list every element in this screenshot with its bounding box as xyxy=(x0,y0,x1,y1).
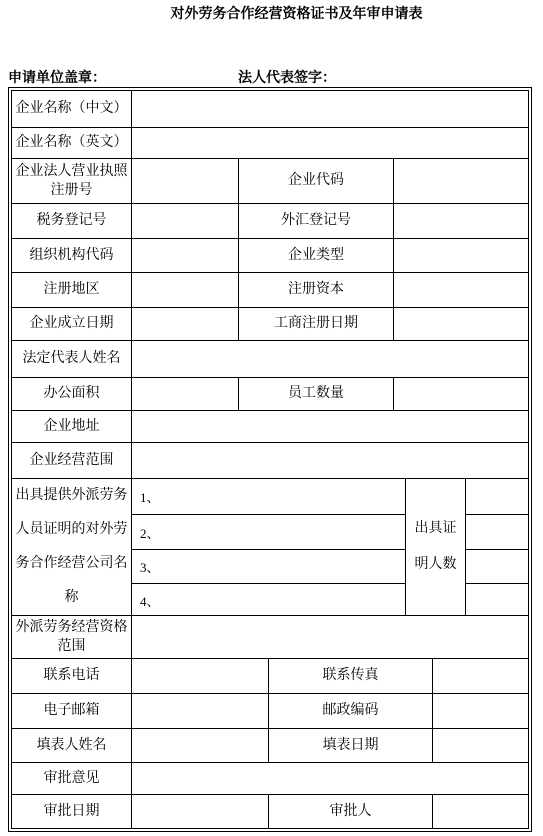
contact-phone-field[interactable] xyxy=(131,659,268,693)
form-filler-name-label: 填表人姓名 xyxy=(12,729,131,762)
forex-registration-no-label: 外汇登记号 xyxy=(238,204,393,238)
application-form-table: 企业名称（中文） 企业名称（英文） 企业法人营业执照注册号 企业代码 税务登记号… xyxy=(11,90,529,829)
certified-company-row-2[interactable]: 2、 xyxy=(132,514,405,549)
business-license-no-label-cell: 企业法人营业执照注册号 xyxy=(12,159,131,203)
row-legal-rep-name: 法定代表人姓名 xyxy=(12,340,528,377)
employee-count-field[interactable] xyxy=(393,378,528,410)
company-name-cn-field[interactable] xyxy=(131,91,528,127)
row-office-employees: 办公面积 员工数量 xyxy=(12,377,528,410)
company-name-en-field[interactable] xyxy=(131,128,528,158)
business-registration-date-label: 工商注册日期 xyxy=(238,308,393,340)
row-orgcode-type: 组织机构代码 企业类型 xyxy=(12,238,528,272)
certified-company-row-4[interactable]: 4、 xyxy=(132,583,405,616)
certificate-count-list xyxy=(465,479,528,615)
row-email-postal: 电子邮箱 邮政编码 xyxy=(12,693,528,728)
certified-company-1-prefix: 1、 xyxy=(140,487,160,506)
certified-company-2-prefix: 2、 xyxy=(140,523,160,542)
approver-field[interactable] xyxy=(432,795,528,828)
certifying-companies-label: 出具提供外派劳务人员证明的对外劳务合作经营公司名称 xyxy=(14,479,129,615)
form-page: 对外劳务合作经营资格证书及年审申请表 申请单位盖章： 法人代表签字： 企业名称（… xyxy=(0,0,543,836)
row-approval-opinion: 审批意见 xyxy=(12,762,528,794)
row-company-address: 企业地址 xyxy=(12,410,528,442)
company-code-field[interactable] xyxy=(393,159,528,203)
employee-count-label: 员工数量 xyxy=(238,378,393,410)
business-license-no-field[interactable] xyxy=(131,159,238,203)
row-filler-filldate: 填表人姓名 填表日期 xyxy=(12,728,528,762)
org-institution-code-field[interactable] xyxy=(131,239,238,272)
company-name-en-label: 企业名称（英文） xyxy=(12,128,131,158)
approval-opinion-label: 审批意见 xyxy=(12,763,131,794)
email-label: 电子邮箱 xyxy=(12,694,131,728)
row-phone-fax: 联系电话 联系传真 xyxy=(12,658,528,693)
row-license-company-code: 企业法人营业执照注册号 企业代码 xyxy=(12,158,528,203)
row-tax-forex: 税务登记号 外汇登记号 xyxy=(12,203,528,238)
certificate-count-3-field[interactable] xyxy=(466,549,528,583)
postal-code-label: 邮政编码 xyxy=(268,694,432,728)
certified-company-4-prefix: 4、 xyxy=(140,591,160,610)
certificate-count-label: 出具证明人数 xyxy=(413,511,459,583)
certifying-companies-label-cell: 出具提供外派劳务人员证明的对外劳务合作经营公司名称 xyxy=(12,479,131,615)
registered-region-field[interactable] xyxy=(131,273,238,307)
form-filler-name-field[interactable] xyxy=(131,729,268,762)
contact-fax-label: 联系传真 xyxy=(268,659,432,693)
legal-rep-name-field[interactable] xyxy=(131,341,528,377)
business-scope-label: 企业经营范围 xyxy=(12,443,131,478)
dispatch-qualification-scope-label: 外派劳务经营资格范围 xyxy=(14,618,129,656)
row-region-capital: 注册地区 注册资本 xyxy=(12,272,528,307)
company-established-date-label: 企业成立日期 xyxy=(12,308,131,340)
certificate-count-4-field[interactable] xyxy=(466,583,528,616)
approval-opinion-field[interactable] xyxy=(131,763,528,794)
company-name-cn-label: 企业名称（中文） xyxy=(12,91,131,127)
row-business-scope: 企业经营范围 xyxy=(12,442,528,478)
registered-capital-field[interactable] xyxy=(393,273,528,307)
application-form-table-border: 企业名称（中文） 企业名称（英文） 企业法人营业执照注册号 企业代码 税务登记号… xyxy=(8,87,532,832)
tax-registration-no-field[interactable] xyxy=(131,204,238,238)
tax-registration-no-label: 税务登记号 xyxy=(12,204,131,238)
form-fill-date-label: 填表日期 xyxy=(268,729,432,762)
certifying-companies-list: 1、 2、 3、 4、 xyxy=(131,479,405,615)
certificate-count-2-field[interactable] xyxy=(466,514,528,549)
certified-company-row-1[interactable]: 1、 xyxy=(132,479,405,514)
row-certifying-companies: 出具提供外派劳务人员证明的对外劳务合作经营公司名称 1、 2、 3、 4、 xyxy=(12,478,528,615)
company-address-field[interactable] xyxy=(131,411,528,442)
legal-rep-signature-label: 法人代表签字： xyxy=(238,70,336,87)
contact-phone-label: 联系电话 xyxy=(12,659,131,693)
registered-region-label: 注册地区 xyxy=(12,273,131,307)
form-subheader: 申请单位盖章： 法人代表签字： xyxy=(0,70,543,87)
dispatch-qualification-scope-field[interactable] xyxy=(131,616,528,658)
company-type-field[interactable] xyxy=(393,239,528,272)
row-company-name-en: 企业名称（英文） xyxy=(12,127,528,158)
office-area-label: 办公面积 xyxy=(12,378,131,410)
company-address-label: 企业地址 xyxy=(12,411,131,442)
certified-company-row-3[interactable]: 3、 xyxy=(132,549,405,583)
approval-date-field[interactable] xyxy=(131,795,268,828)
office-area-field[interactable] xyxy=(131,378,238,410)
forex-registration-no-field[interactable] xyxy=(393,204,528,238)
approver-label: 审批人 xyxy=(268,795,432,828)
company-type-label: 企业类型 xyxy=(238,239,393,272)
row-dispatch-qualification-scope: 外派劳务经营资格范围 xyxy=(12,615,528,658)
contact-fax-field[interactable] xyxy=(432,659,528,693)
form-fill-date-field[interactable] xyxy=(432,729,528,762)
form-title: 对外劳务合作经营资格证书及年审申请表 xyxy=(0,6,543,24)
business-license-no-label: 企业法人营业执照注册号 xyxy=(14,162,129,200)
certificate-count-1-field[interactable] xyxy=(466,479,528,514)
approval-date-label: 审批日期 xyxy=(12,795,131,828)
company-established-date-field[interactable] xyxy=(131,308,238,340)
certificate-count-label-cell: 出具证明人数 xyxy=(405,479,465,615)
legal-rep-name-label: 法定代表人姓名 xyxy=(12,341,131,377)
row-approval-date-approver: 审批日期 审批人 xyxy=(12,794,528,828)
business-registration-date-field[interactable] xyxy=(393,308,528,340)
company-code-label: 企业代码 xyxy=(238,159,393,203)
applicant-seal-label: 申请单位盖章： xyxy=(8,70,106,87)
org-institution-code-label: 组织机构代码 xyxy=(12,239,131,272)
email-field[interactable] xyxy=(131,694,268,728)
certified-company-3-prefix: 3、 xyxy=(140,557,160,576)
postal-code-field[interactable] xyxy=(432,694,528,728)
business-scope-field[interactable] xyxy=(131,443,528,478)
row-company-name-cn: 企业名称（中文） xyxy=(12,91,528,127)
dispatch-qualification-scope-label-cell: 外派劳务经营资格范围 xyxy=(12,616,131,658)
row-establish-register-date: 企业成立日期 工商注册日期 xyxy=(12,307,528,340)
registered-capital-label: 注册资本 xyxy=(238,273,393,307)
